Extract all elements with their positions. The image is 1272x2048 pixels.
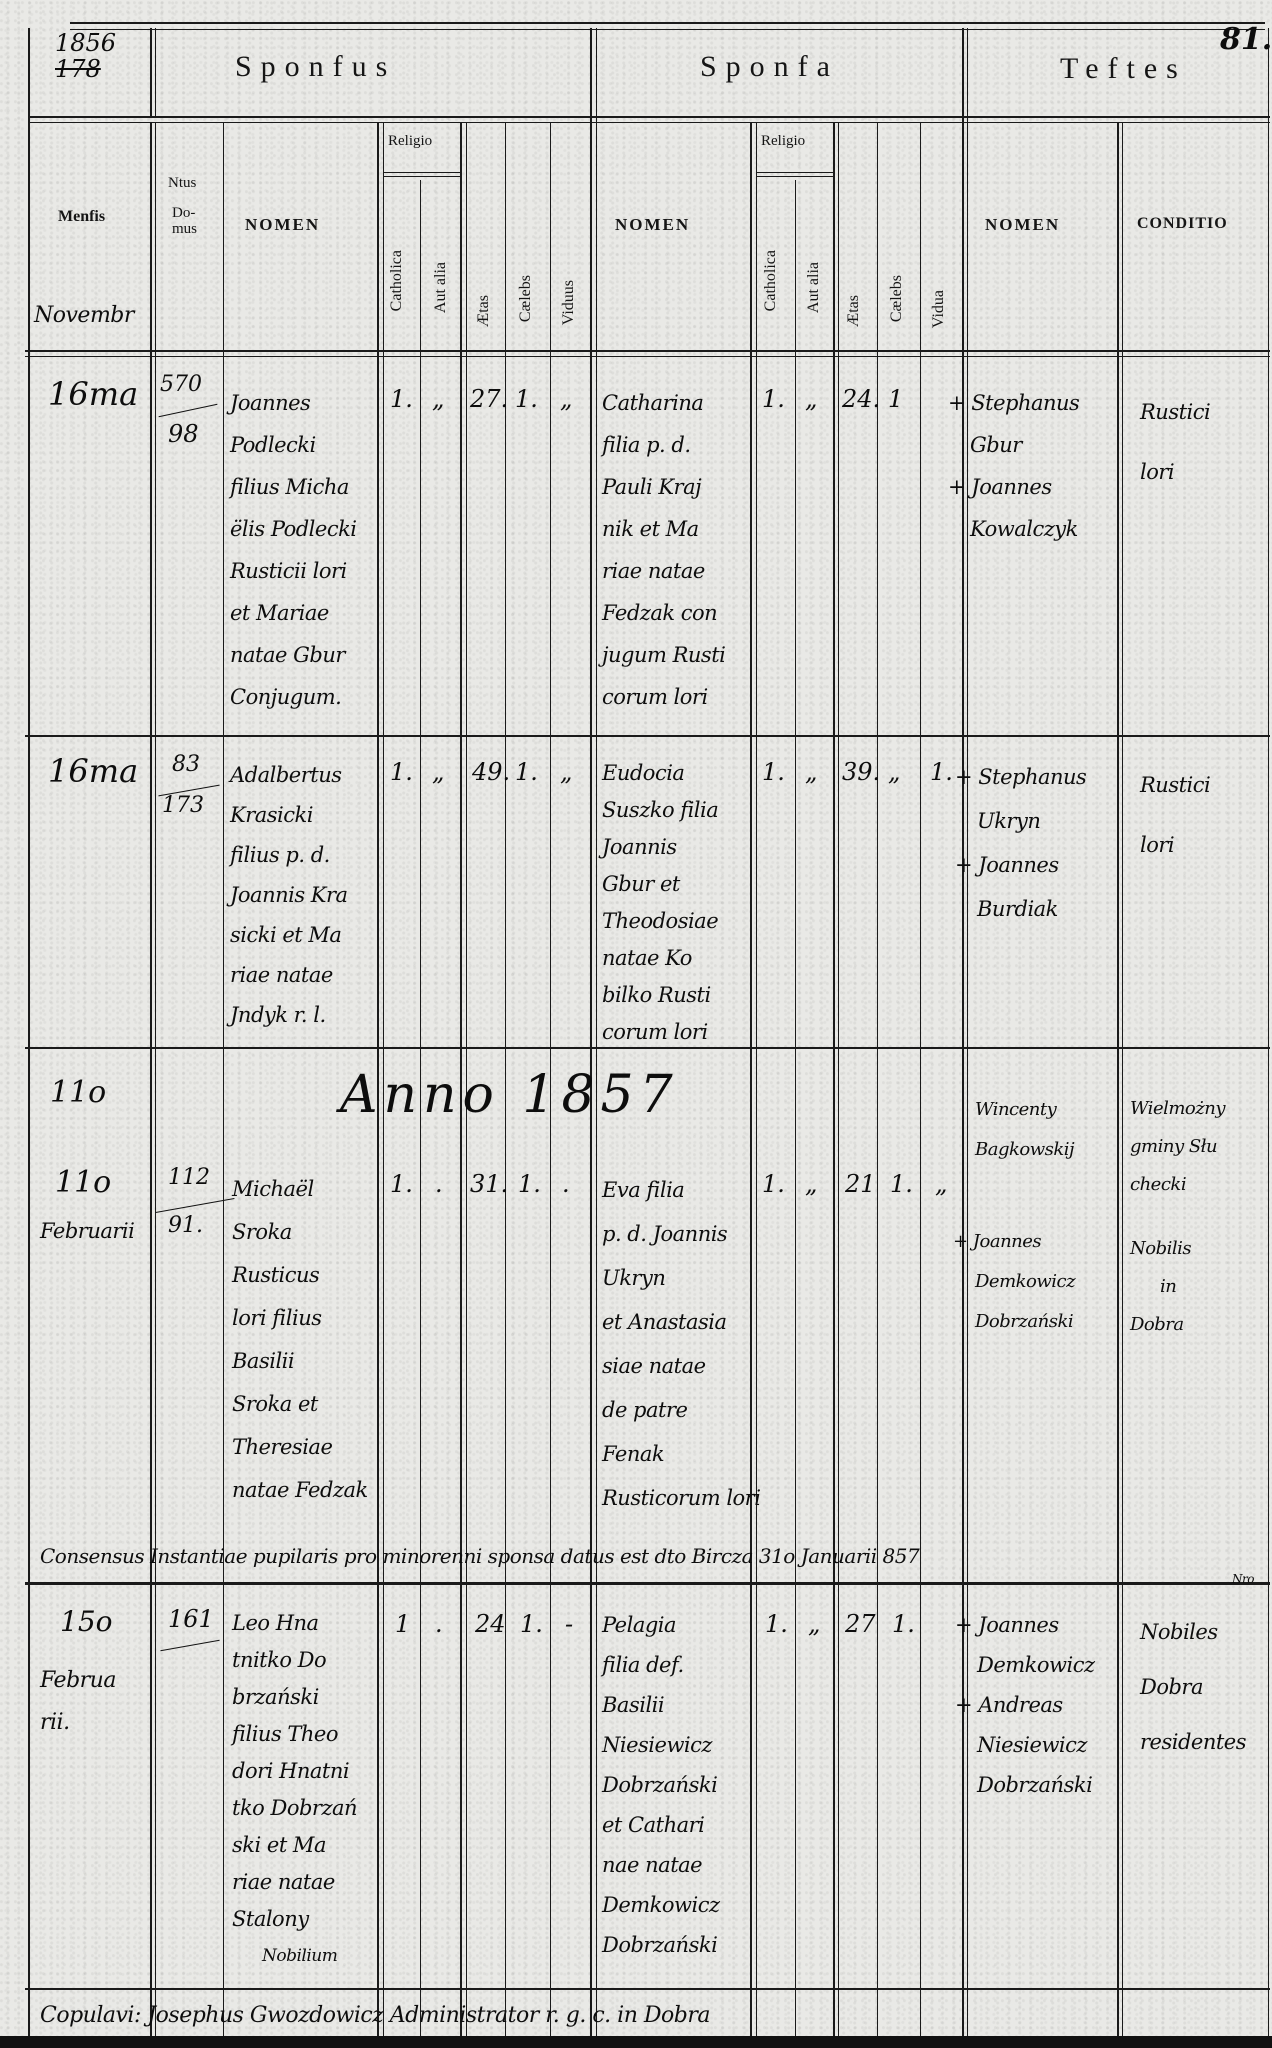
sponsa-name: Eva filiap. d. Joannis Ukrynet Anastasia… bbox=[602, 1168, 760, 1520]
col-sponsa-caelebs-right bbox=[920, 122, 921, 2036]
record-pre-date: 11o bbox=[50, 1075, 106, 1110]
record-numerus: 570 bbox=[160, 372, 202, 397]
sponsus-autalia-header: Aut alia bbox=[432, 262, 450, 313]
sponsa-caelebs-header: Cælebs bbox=[888, 275, 906, 322]
sponsa-religio-rule bbox=[756, 172, 833, 173]
numerus-stroke bbox=[160, 1640, 219, 1651]
sponsus-autalia: „ bbox=[432, 385, 444, 413]
sponsus-caelebs: 1. bbox=[518, 1170, 541, 1198]
sponsa-catholica: 1. bbox=[762, 385, 785, 413]
sponsa-catholica: 1. bbox=[762, 1170, 785, 1198]
record-date: 11o bbox=[55, 1165, 111, 1200]
domus-header: Do- mus bbox=[172, 205, 197, 237]
record-month: Februarii bbox=[40, 1210, 134, 1252]
left-border bbox=[28, 28, 30, 2036]
consensus-note: Consensus Instantiae pupilaris pro minor… bbox=[40, 1535, 919, 1577]
record-domus: 173 bbox=[162, 793, 204, 818]
col-domus-right bbox=[223, 122, 224, 2036]
sponsus-autalia: . bbox=[435, 1170, 443, 1198]
page-number: 81. bbox=[1220, 22, 1272, 57]
sponsus-viduus: „ bbox=[560, 385, 572, 413]
sponsus-catholica: 1 bbox=[395, 1610, 410, 1638]
col-sponsa-autalia-right bbox=[833, 122, 835, 2036]
sponsa-aetas: 21 bbox=[845, 1170, 876, 1198]
sponsa-autalia: „ bbox=[808, 1610, 820, 1638]
sponsa-catholica: 1. bbox=[762, 758, 785, 786]
col-mensis-right bbox=[150, 122, 152, 2036]
sponsa-title: Sponfa bbox=[700, 50, 839, 84]
sponsus-viduus: - bbox=[565, 1610, 573, 1638]
testes-nomen-header: NOMEN bbox=[985, 215, 1060, 235]
numerus-header: Ntus bbox=[168, 175, 196, 192]
sponsus-catholica: 1. bbox=[390, 1170, 413, 1198]
sponsa-catholica-header: Catholica bbox=[762, 250, 780, 311]
sponsus-viduus: . bbox=[562, 1170, 570, 1198]
sponsus-aetas: 27. bbox=[470, 385, 508, 413]
testes-title: Teftes bbox=[1060, 52, 1187, 86]
sponsa-caelebs: 1. bbox=[892, 1610, 915, 1638]
conditio: Wielmożnygminy Słu checki Nobilisin Dobr… bbox=[1130, 1090, 1225, 1344]
sponsa-catholica: 1. bbox=[765, 1610, 788, 1638]
religio-rule bbox=[383, 172, 460, 173]
sponsa-name: Pelagiafilia def. BasiliiNiesiewicz Dobr… bbox=[602, 1605, 720, 1965]
sponsa-religio-rule-2 bbox=[756, 176, 833, 177]
sponsus-aetas-header: Ætas bbox=[475, 295, 493, 327]
conditio-header: CONDITIO bbox=[1137, 215, 1228, 233]
col-sponsa-catholica-right bbox=[795, 180, 796, 2036]
sponsus-catholica-header: Catholica bbox=[388, 250, 406, 311]
year-banner: Anno 1857 bbox=[340, 1065, 679, 1125]
sponsus-nomen-header: NOMEN bbox=[245, 215, 320, 235]
record-numerus: 83 bbox=[172, 752, 200, 777]
scan-bottom-edge bbox=[0, 2036, 1272, 2048]
title-year-divider-inner bbox=[155, 28, 156, 118]
sponsa-aetas: 27 bbox=[845, 1610, 876, 1638]
consensus-number: Nro bbox=[1232, 1558, 1254, 1600]
sponsus-caelebs: 1. bbox=[515, 758, 538, 786]
year-cell: 1856 178 bbox=[55, 30, 116, 82]
row-separator-4 bbox=[25, 1988, 1270, 1990]
numerus-stroke bbox=[159, 404, 218, 417]
sponsa-autalia: „ bbox=[805, 1170, 817, 1198]
sponsus-name: MichaëlSrokа Rusticuslori filius Basilii… bbox=[232, 1168, 368, 1512]
sponsus-viduus-header: Viduus bbox=[560, 280, 578, 325]
row-separator-3 bbox=[25, 1582, 1270, 1585]
testes-names: WincentyBagkowskij + JoannesDemkowicz Do… bbox=[975, 1090, 1075, 1342]
top-rule-inner bbox=[70, 29, 1265, 30]
sponsa-name: Catharinafilia p. d. Pauli Krajnik et Ma… bbox=[602, 382, 725, 718]
year-corrected: 1856 bbox=[55, 30, 116, 56]
sponsa-aetas-header: Ætas bbox=[845, 295, 863, 327]
religio-rule-2 bbox=[383, 176, 460, 177]
year-struck: 178 bbox=[55, 56, 116, 82]
record-numerus: 112 bbox=[168, 1165, 210, 1190]
sponsa-nomen-header: NOMEN bbox=[615, 215, 690, 235]
sponsa-caelebs: „ bbox=[888, 758, 900, 786]
conditio: Rusticilori bbox=[1140, 755, 1210, 875]
col-testes-nomen-right-inner bbox=[1122, 122, 1123, 2036]
sponsus-viduus: „ bbox=[560, 758, 572, 786]
col-testes-nomen-right bbox=[1117, 122, 1119, 2036]
col-sponsa-nomen-right-inner bbox=[756, 122, 757, 2036]
sponsus-name: Leo Hnatnitko Do brzańskifilius Theo dor… bbox=[232, 1605, 357, 1975]
sponsus-autalia: „ bbox=[432, 758, 444, 786]
sponsa-religio-header: Religio bbox=[761, 133, 805, 150]
col-sponsus-right bbox=[590, 28, 592, 2036]
sponsus-caelebs-header: Cælebs bbox=[517, 275, 535, 322]
sponsus-catholica: 1. bbox=[390, 385, 413, 413]
sponsa-caelebs: 1. bbox=[890, 1170, 913, 1198]
title-rule bbox=[30, 116, 1270, 118]
sponsa-name: EudociaSuszko filia JoannisGbur et Theod… bbox=[602, 755, 718, 1051]
testes-names: + JoannesDemkowicz + AndreasNiesiewicz D… bbox=[955, 1605, 1095, 1805]
header-rule bbox=[25, 350, 1270, 352]
conditio: NobilesDobra residentes bbox=[1140, 1605, 1246, 1770]
sponsus-caelebs: 1. bbox=[520, 1610, 543, 1638]
sponsa-vidua-header: Vidua bbox=[930, 290, 948, 328]
sponsus-aetas: 49. bbox=[472, 758, 510, 786]
top-rule bbox=[70, 22, 1265, 24]
record-numerus: 161 bbox=[168, 1605, 214, 1633]
sponsus-name: AdalbertusKrasicki filius p. d.Joannis K… bbox=[230, 755, 348, 1035]
sponsus-caelebs: 1. bbox=[515, 385, 538, 413]
sponsus-aetas: 31. bbox=[470, 1170, 508, 1198]
record-domus: 98 bbox=[168, 420, 199, 448]
title-year-divider bbox=[150, 28, 152, 118]
record-date: 16ma bbox=[48, 375, 138, 413]
mensis-month-november: Novembr bbox=[34, 295, 134, 337]
sponsa-vidua: 1. bbox=[930, 758, 953, 786]
record-month: Februa rii. bbox=[40, 1660, 140, 1744]
sponsa-autalia: „ bbox=[805, 385, 817, 413]
col-sponsa-nomen-right bbox=[750, 122, 752, 2036]
record-date: 16ma bbox=[48, 752, 138, 790]
sponsus-aetas: 24 bbox=[475, 1610, 506, 1638]
sponsus-catholica: 1. bbox=[390, 758, 413, 786]
row-separator-1 bbox=[25, 735, 1270, 737]
col-sponsus-right-inner bbox=[596, 28, 597, 2036]
sponsus-title: Sponfus bbox=[235, 50, 396, 84]
sponsa-aetas: 24. bbox=[842, 385, 880, 413]
copulavit-note: Copulavi: Josephus Gwozdowicz Administra… bbox=[40, 1995, 710, 2037]
header-rule-inner bbox=[25, 356, 1270, 357]
record-date: 15o bbox=[60, 1605, 113, 1638]
mensis-header: Menfis bbox=[58, 208, 105, 226]
right-border bbox=[1268, 28, 1269, 2036]
sponsus-religio-header: Religio bbox=[388, 133, 432, 150]
sponsa-autalia-header: Aut alia bbox=[805, 262, 823, 313]
sponsus-autalia: . bbox=[435, 1610, 443, 1638]
sponsa-autalia: „ bbox=[805, 758, 817, 786]
testes-names: + StephanusGbur + JoannesKowalczyk bbox=[948, 382, 1079, 550]
sponsa-vidua: „ bbox=[935, 1170, 947, 1198]
testes-names: + StephanusUkryn + JoannesBurdiak bbox=[955, 755, 1086, 931]
sponsa-caelebs: 1 bbox=[888, 385, 903, 413]
sponsus-name: JoannesPodlecki filius Michaëlis Podleck… bbox=[230, 382, 357, 718]
col-mensis-right-inner bbox=[155, 122, 156, 2036]
col-sponsa-autalia-right-inner bbox=[838, 122, 839, 2036]
conditio: Rusticilori bbox=[1140, 382, 1210, 502]
record-domus: 91. bbox=[168, 1213, 203, 1238]
title-rule-inner bbox=[30, 122, 1270, 123]
sponsa-aetas: 39. bbox=[842, 758, 880, 786]
